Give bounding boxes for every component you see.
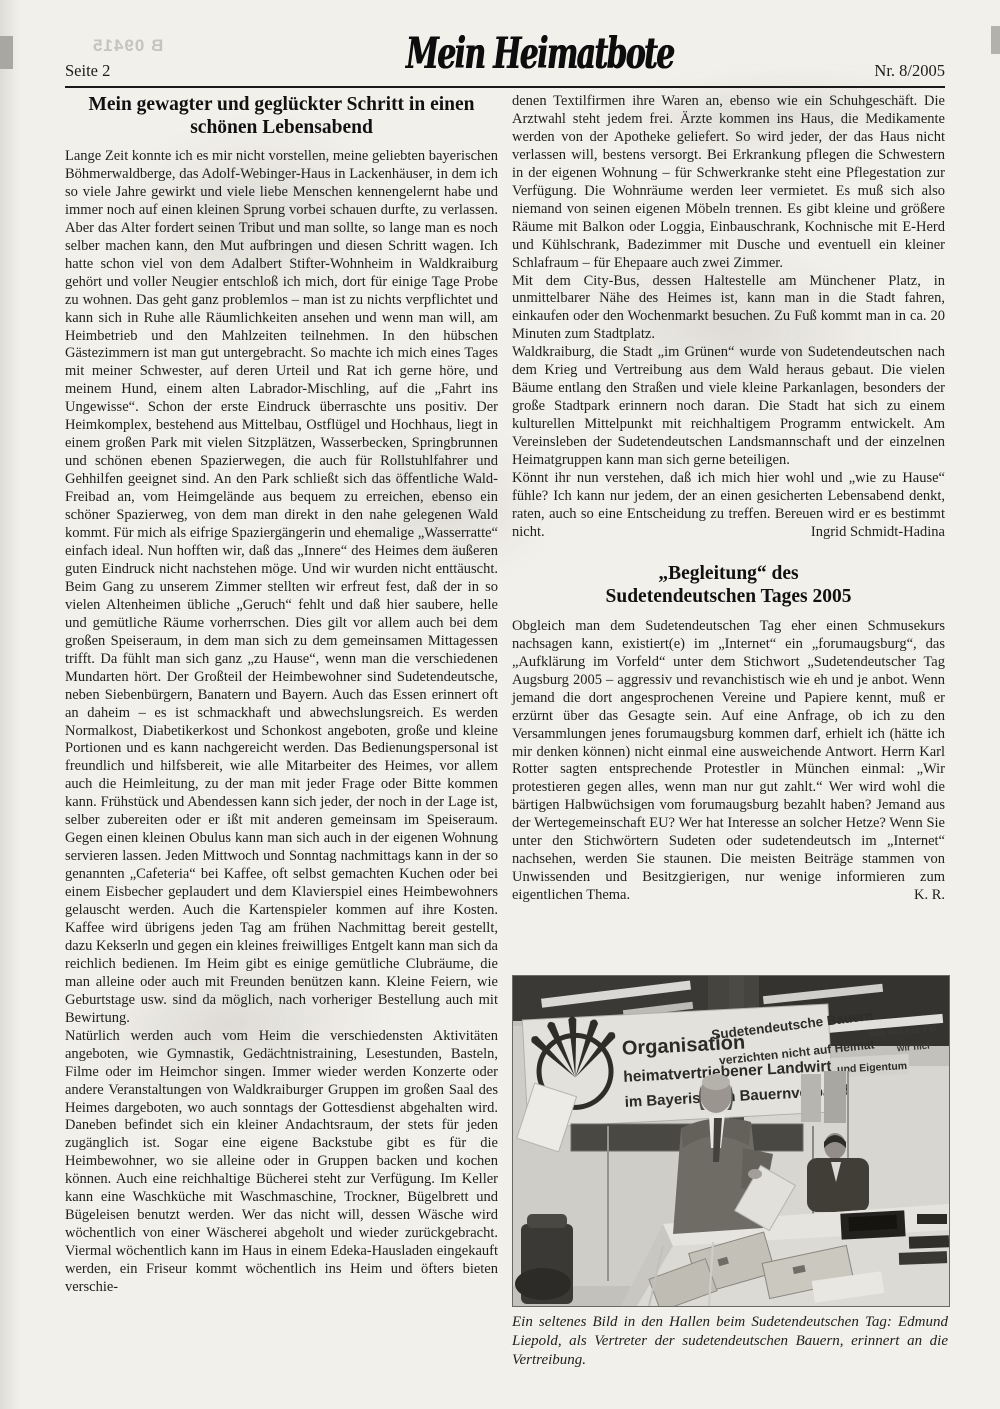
book bbox=[917, 1214, 947, 1224]
black-box-inner bbox=[849, 1215, 898, 1231]
left-column: Mein gewagter und geglückter Schritt in … bbox=[65, 93, 498, 1297]
scan-artifact-left bbox=[0, 36, 13, 69]
bag bbox=[515, 1268, 571, 1300]
article2-headline-line2: Sudetendeutschen Tages 2005 bbox=[606, 586, 852, 607]
chair-back bbox=[527, 1214, 567, 1228]
article1-paragraph: denen Textilfirmen ihre Waren an, ebenso… bbox=[512, 93, 945, 273]
article2-paragraph-text: Obgleich man dem Sudetendeutschen Tag eh… bbox=[512, 618, 945, 903]
article2-headline-line1: „Begleitung“ des bbox=[658, 563, 798, 584]
newspaper-page: B 09415 Seite 2 Mein Heimatbote Nr. 8/20… bbox=[0, 0, 1000, 1409]
article2-paragraph: Obgleich man dem Sudetendeutschen Tag eh… bbox=[512, 618, 945, 905]
showthrough-code: B 09415 bbox=[92, 36, 163, 56]
article1-headline: Mein gewagter und geglückter Schritt in … bbox=[65, 93, 498, 139]
header-rule bbox=[65, 86, 945, 88]
page-number: Seite 2 bbox=[65, 61, 110, 81]
photo-sudetendeutscher-tag: Organisation heimatvertriebener Landwirt… bbox=[512, 975, 950, 1307]
article1-headline-line1: Mein gewagter und geglückter Schritt in … bbox=[88, 94, 474, 115]
photo-caption: Ein seltenes Bild in den Hallen beim Sud… bbox=[512, 1313, 948, 1370]
author-initials: K. R. bbox=[914, 887, 945, 905]
article1-paragraph: Mit dem City-Bus, dessen Haltestelle am … bbox=[512, 273, 945, 345]
author-signature: Ingrid Schmidt-Hadina bbox=[811, 524, 945, 542]
article1-paragraph: Könnt ihr nun verstehen, daß ich mich hi… bbox=[512, 470, 945, 542]
article1-headline-line2: schönen Lebensabend bbox=[190, 117, 373, 138]
scan-artifact-right bbox=[991, 26, 1000, 54]
article1-paragraph: Waldkraiburg, die Stadt „im Grünen“ wurd… bbox=[512, 344, 945, 470]
poster bbox=[801, 1074, 821, 1122]
article2-headline: „Begleitung“ desSudetendeutschen Tages 2… bbox=[512, 562, 945, 608]
masthead-title: Mein Heimatbote bbox=[406, 28, 674, 79]
book bbox=[909, 1235, 949, 1248]
right-column: denen Textilfirmen ihre Waren an, ebenso… bbox=[512, 93, 945, 905]
article1-paragraph: Lange Zeit konnte ich es mir nicht vorst… bbox=[65, 148, 498, 1028]
article1-paragraph: Natürlich werden auch vom Heim die versc… bbox=[65, 1028, 498, 1297]
poster bbox=[824, 1071, 846, 1123]
book bbox=[899, 1251, 947, 1265]
masthead: Mein Heimatbote bbox=[310, 30, 770, 77]
issue-number: Nr. 8/2005 bbox=[874, 61, 945, 81]
scan-shadow bbox=[0, 0, 20, 1409]
